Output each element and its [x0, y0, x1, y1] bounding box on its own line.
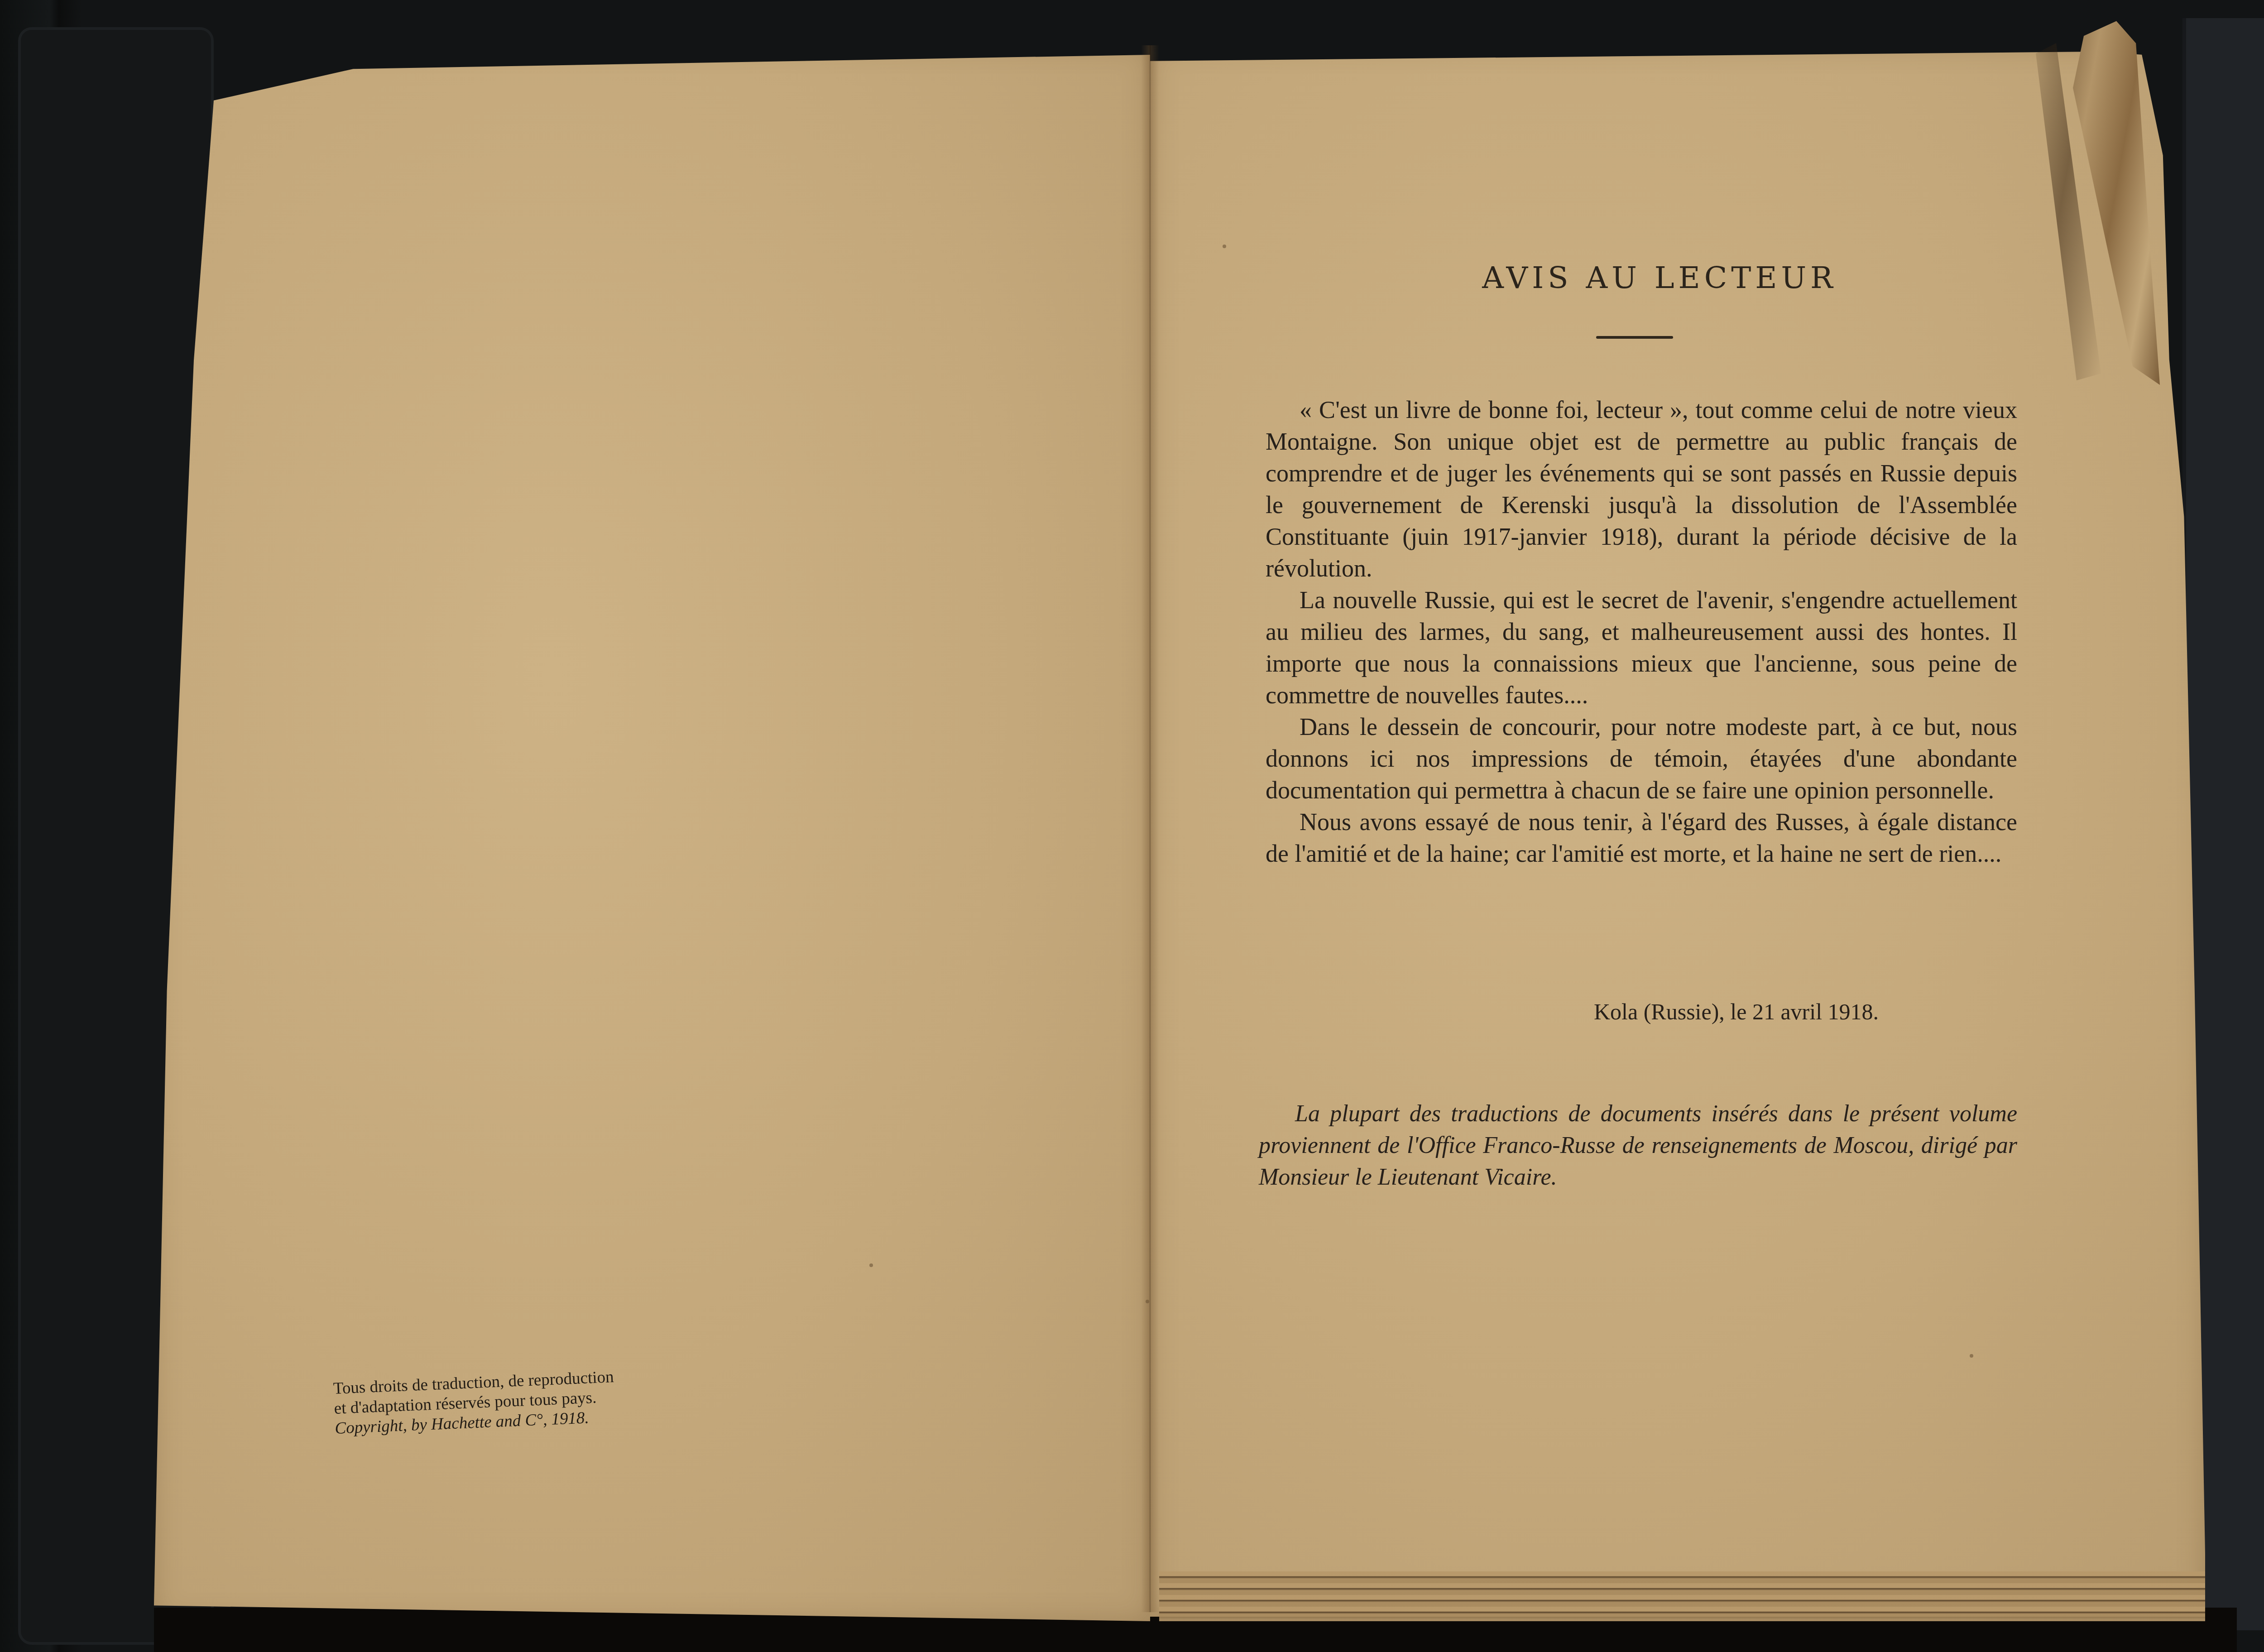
place-date-signature: Kola (Russie), le 21 avril 1918. [1594, 999, 2001, 1025]
paragraph-2: La nouvelle Russie, qui est le secret de… [1266, 584, 2017, 711]
paper-speck [869, 1263, 873, 1267]
paper-speck [1146, 1300, 1149, 1303]
page-stack-edge [1159, 1571, 2205, 1621]
paragraph-1: « C'est un livre de bonne foi, lecteur »… [1266, 394, 2017, 584]
paper-speck [1970, 1354, 1973, 1358]
page-heading: AVIS AU LECTEUR [1456, 260, 1863, 295]
book-gutter [1141, 45, 1159, 1612]
heading-rule [1596, 336, 1673, 339]
paragraph-4: Nous avons essayé de nous tenir, à l'éga… [1266, 806, 2017, 869]
paragraph-3: Dans le dessein de concourir, pour notre… [1266, 711, 2017, 806]
translation-note: La plupart des traductions de documents … [1259, 1098, 2017, 1193]
foreword-body: « C'est un livre de bonne foi, lecteur »… [1266, 394, 2017, 869]
paper-speck [1223, 245, 1226, 248]
translation-note-text: La plupart des traductions de documents … [1259, 1098, 2017, 1193]
